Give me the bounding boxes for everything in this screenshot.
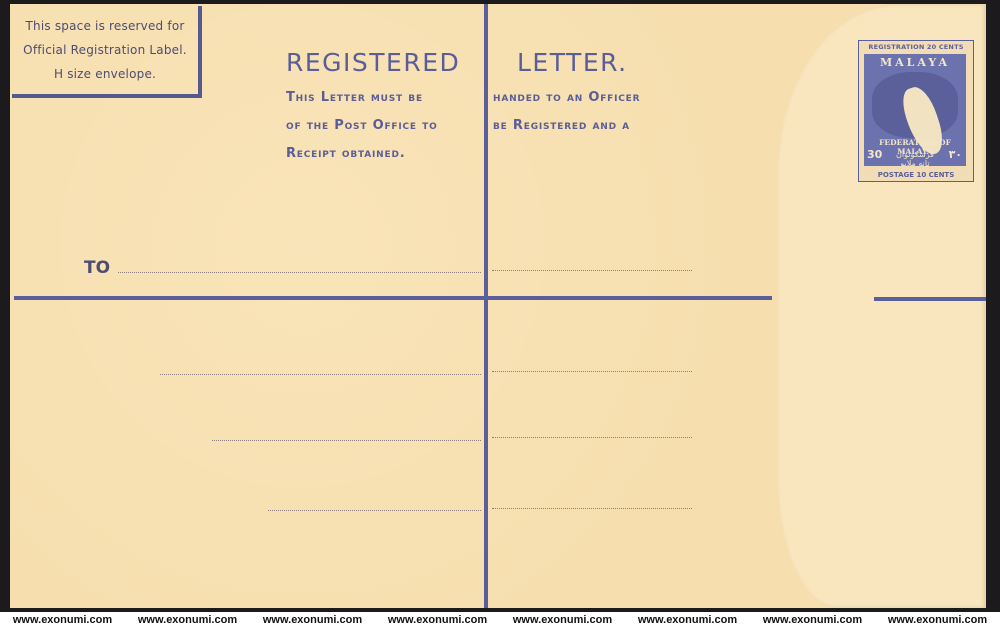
- watermark-link[interactable]: www.exonumi.com: [638, 614, 737, 626]
- address-line-2-left[interactable]: [160, 374, 481, 375]
- address-line-2-right[interactable]: [492, 371, 692, 372]
- address-line-4-right[interactable]: [492, 508, 692, 509]
- watermark-link[interactable]: www.exonumi.com: [763, 614, 862, 626]
- instruction-line: handed to an Officer: [493, 84, 640, 112]
- registration-label-box: This space is reserved for Official Regi…: [12, 6, 202, 98]
- address-line-1-left[interactable]: [118, 272, 481, 273]
- map-icon: [872, 72, 958, 138]
- title-letter: LETTER.: [517, 48, 628, 77]
- horizontal-blue-line: [14, 296, 772, 300]
- watermark-link[interactable]: www.exonumi.com: [138, 614, 237, 626]
- stamp-registration-text: REGISTRATION 20 CENTS: [859, 43, 973, 51]
- instruction-line: Receipt obtained.: [286, 140, 438, 168]
- label-line-2: Official Registration Label.: [12, 38, 198, 62]
- stamp-jawi-text: ڤرسكوتوان تانه ملايو: [892, 150, 938, 166]
- stamp-postage-text: POSTAGE 10 CENTS: [859, 171, 973, 179]
- stamp-value-right: ٣٠: [949, 148, 962, 161]
- imprinted-stamp: REGISTRATION 20 CENTS MALAYA FEDERATION …: [858, 40, 974, 182]
- instructions-right: handed to an Officer be Registered and a: [493, 84, 640, 140]
- address-line-4-left[interactable]: [268, 510, 481, 511]
- stamp-design: MALAYA FEDERATION OF MALAYA 30 ڤرسكوتوان…: [864, 54, 966, 166]
- stamp-value-left: 30: [867, 148, 882, 161]
- watermark-link[interactable]: www.exonumi.com: [263, 614, 362, 626]
- label-line-1: This space is reserved for: [12, 14, 198, 38]
- instructions-left: This Letter must be of the Post Office t…: [286, 84, 438, 168]
- address-line-1-right[interactable]: [492, 270, 692, 271]
- instruction-line: This Letter must be: [286, 84, 438, 112]
- address-line-3-right[interactable]: [492, 437, 692, 438]
- instruction-line: of the Post Office to: [286, 112, 438, 140]
- watermark-footer: www.exonumi.com www.exonumi.com www.exon…: [0, 612, 1000, 627]
- watermark-link[interactable]: www.exonumi.com: [513, 614, 612, 626]
- label-line-3: H size envelope.: [12, 62, 198, 86]
- instruction-line: be Registered and a: [493, 112, 640, 140]
- address-to-label: TO: [84, 258, 110, 278]
- horizontal-blue-line-right: [874, 297, 986, 301]
- vertical-blue-line: [484, 4, 488, 608]
- watermark-link[interactable]: www.exonumi.com: [13, 614, 112, 626]
- address-line-3-left[interactable]: [212, 440, 481, 441]
- watermark-link[interactable]: www.exonumi.com: [388, 614, 487, 626]
- stamp-country: MALAYA: [864, 56, 966, 69]
- watermark-link[interactable]: www.exonumi.com: [888, 614, 987, 626]
- title-registered: REGISTERED: [286, 48, 460, 77]
